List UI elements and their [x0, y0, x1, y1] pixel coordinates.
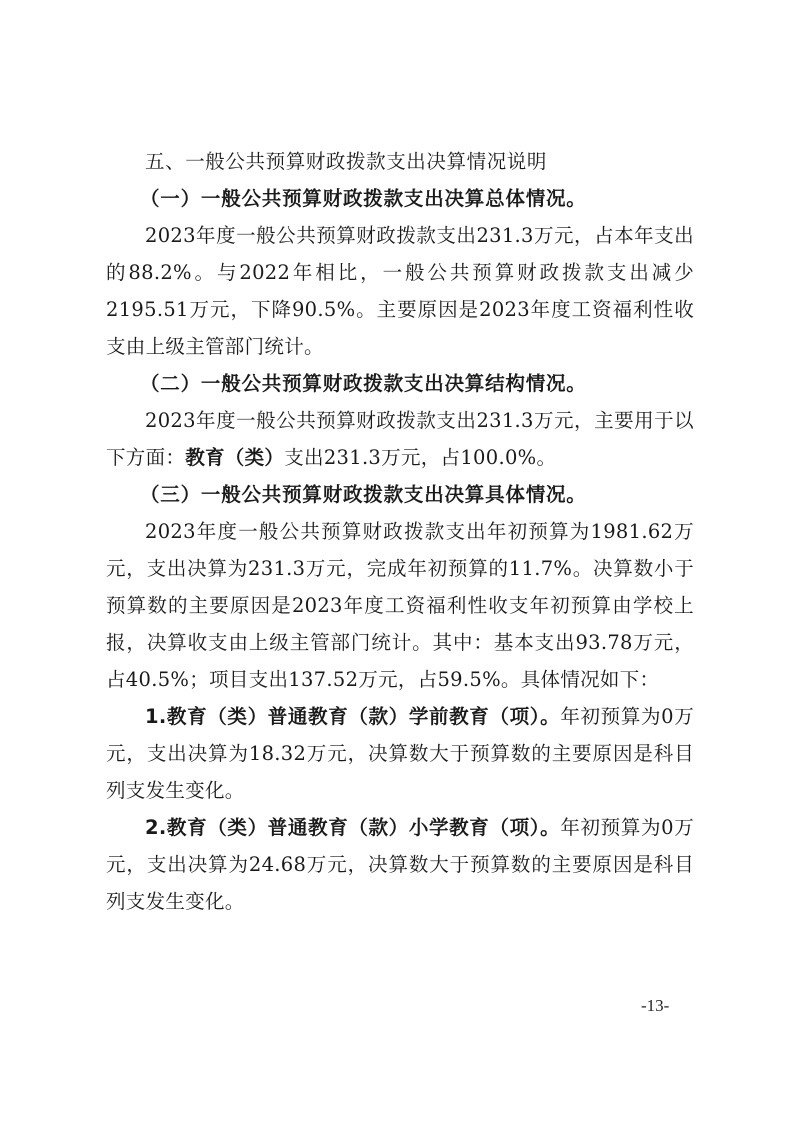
section-title: 五、一般公共预算财政拨款支出决算情况说明	[106, 143, 694, 180]
structure-category-bold: 教育（类）	[185, 446, 284, 469]
subsection-title-detail: （三）一般公共预算财政拨款支出决算具体情况。	[106, 476, 694, 513]
subsection-title-structure: （二）一般公共预算财政拨款支出决算结构情况。	[106, 365, 694, 402]
paragraph-detail: 2023年度一般公共预算财政拨款支出年初预算为1981.62万元，支出决算为23…	[106, 513, 694, 698]
item-primary-education: 2.教育（类）普通教育（款）小学教育（项）。年初预算为0万元，支出决算为24.6…	[106, 809, 694, 920]
structure-text-suffix: 支出231.3万元，占100.0%。	[284, 446, 556, 469]
item-heading: 1.教育（类）普通教育（款）学前教育（项）。	[145, 705, 560, 728]
item-preschool-education: 1.教育（类）普通教育（款）学前教育（项）。年初预算为0万元，支出决算为18.3…	[106, 698, 694, 809]
paragraph-overall: 2023年度一般公共预算财政拨款支出231.3万元，占本年支出的88.2%。与2…	[106, 217, 694, 365]
paragraph-structure: 2023年度一般公共预算财政拨款支出231.3万元，主要用于以下方面：教育（类）…	[106, 402, 694, 476]
document-page: 五、一般公共预算财政拨款支出决算情况说明 （一）一般公共预算财政拨款支出决算总体…	[106, 143, 694, 920]
item-heading: 2.教育（类）普通教育（款）小学教育（项）。	[145, 816, 560, 839]
subsection-title-overall: （一）一般公共预算财政拨款支出决算总体情况。	[106, 180, 694, 217]
page-number: -13-	[641, 996, 669, 1016]
